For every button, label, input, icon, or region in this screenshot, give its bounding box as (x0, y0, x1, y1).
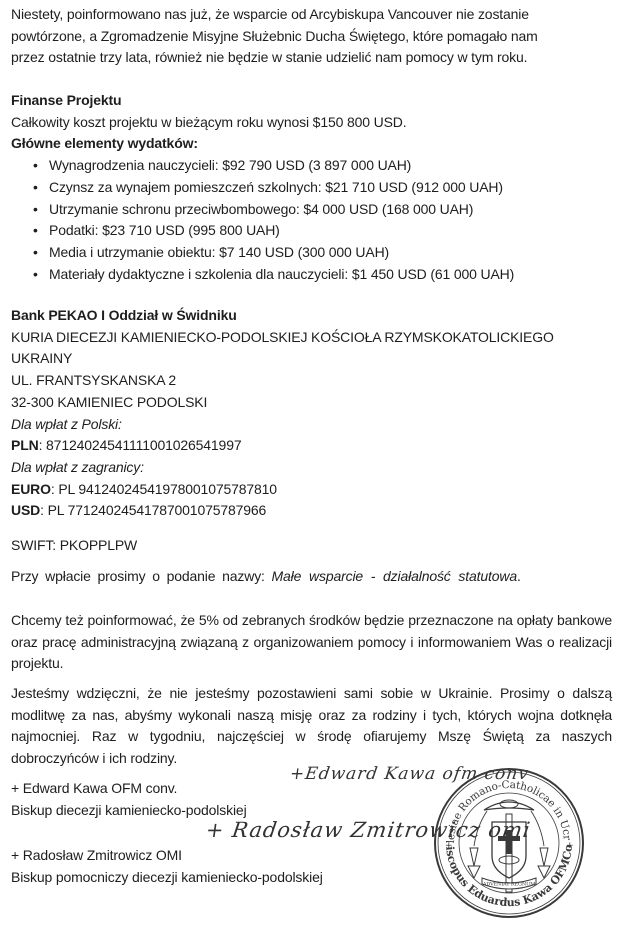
bullet-icon: • (33, 264, 38, 286)
finance-total: Całkowity koszt projektu w bieżącym roku… (11, 112, 623, 134)
bullet-icon: • (33, 220, 38, 242)
svg-text:Ecclesiae Romano-Catholicae in: Ecclesiae Romano-Catholicae in Ucraina (432, 766, 573, 843)
transfer-note: Przy wpłacie prosimy o podanie nazwy: Ma… (11, 566, 623, 588)
bullet-icon: • (33, 177, 38, 199)
recipient-line: KURIA DIECEZJI KAMIENIECKO-PODOLSKIEJ KO… (11, 327, 623, 349)
expense-item: •Media i utrzymanie obiektu: $7 140 USD … (11, 242, 623, 264)
foreign-label: Dla wpłat z zagranicy: (11, 457, 623, 479)
expense-item: •Podatki: $23 710 USD (995 800 UAH) (11, 220, 623, 242)
expenses-heading: Główne elementy wydatków: (11, 133, 623, 155)
recipient-line: UKRAINY (11, 348, 623, 370)
intro-line: przez ostatnie trzy lata, również nie bę… (11, 47, 623, 69)
bullet-icon: • (33, 199, 38, 221)
street-address: UL. FRANTSYSKANSKA 2 (11, 370, 623, 392)
expense-item: •Wynagrodzenia nauczycieli: $92 790 USD … (11, 155, 623, 177)
bullet-icon: • (33, 155, 38, 177)
svg-text:ADVENIAT REGNUM: ADVENIAT REGNUM (482, 882, 535, 888)
finance-heading: Finanse Projektu (11, 90, 623, 112)
city-address: 32-300 KAMIENIEC PODOLSKI (11, 392, 623, 414)
expenses-list: •Wynagrodzenia nauczycieli: $92 790 USD … (11, 155, 623, 285)
intro-line: powtórzone, a Zgromadzenie Misyjne Służe… (11, 26, 623, 48)
bank-heading: Bank PEKAO I Oddział w Świdniku (11, 305, 623, 327)
intro-line: Niestety, poinformowano nas już, że wspa… (11, 4, 623, 26)
intro-paragraph: Niestety, poinformowano nas już, że wspa… (11, 4, 623, 69)
domestic-label: Dla wpłat z Polski: (11, 414, 623, 436)
expense-item: •Materiały dydaktyczne i szkolenia dla n… (11, 264, 623, 286)
euro-account: EURO: PL 94124024541978001075787810 (11, 479, 623, 501)
svg-text:+: + (566, 841, 573, 851)
expense-item: •Czynsz za wynajem pomieszczeń szkolnych… (11, 177, 623, 199)
swift-code: SWIFT: PKOPPLPW (11, 535, 623, 557)
episcopal-seal: Ecclesiae Romano-Catholicae in Ucraina E… (432, 766, 586, 920)
svg-text:+: + (445, 841, 452, 851)
transfer-title: Małe wsparcie - działalność statutowa (272, 568, 517, 584)
finance-section: Finanse Projektu Całkowity koszt projekt… (11, 90, 623, 285)
seal-icon: Ecclesiae Romano-Catholicae in Ucraina E… (432, 766, 586, 920)
closing-paragraph: Jesteśmy wdzięczni, że nie jesteśmy pozo… (11, 683, 612, 770)
expense-item: •Utrzymanie schronu przeciwbombowego: $4… (11, 199, 623, 221)
fees-note: Chcemy też poinformować, że 5% od zebran… (11, 610, 612, 675)
bank-section: Bank PEKAO I Oddział w Świdniku KURIA DI… (11, 305, 623, 522)
bullet-icon: • (33, 242, 38, 264)
usd-account: USD: PL 77124024541787001075787966 (11, 500, 623, 522)
pln-account: PLN: 87124024541111001026541997 (11, 435, 623, 457)
